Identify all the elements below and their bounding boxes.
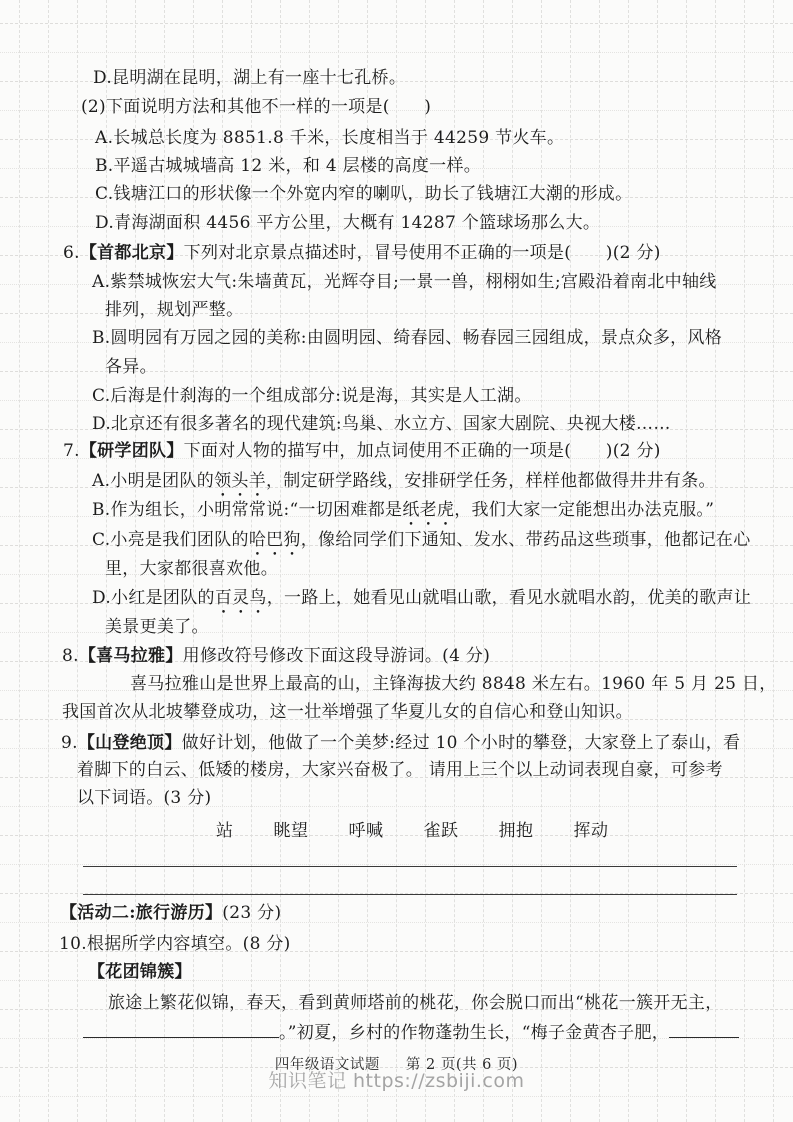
- text-segment: D.北京还有很多著名的现代建筑:鸟巢、水立方、国家大剧院、央视大楼……: [92, 414, 671, 434]
- text-line: B.平遥古城城墙高 12 米，和 4 层楼的高度一样。: [95, 156, 481, 177]
- section-tag: 【花团锦簇】: [88, 962, 192, 982]
- text-line: 7.【研学团队】下面对人物的描写中，加点词使用不正确的一项是( )(2 分): [63, 441, 661, 462]
- text-line: D.昆明湖在昆明，湖上有一座十七孔桥。: [93, 68, 406, 89]
- text-segment: D.昆明湖在昆明，湖上有一座十七孔桥。: [93, 68, 406, 88]
- text-line: D.小红是团队的百灵鸟，一路上，她看见山就唱山歌，看见水就唱水韵，优美的歌声让: [92, 588, 751, 618]
- text-line: 我国首次从北坡攀登成功，这一壮举增强了华夏儿女的自信心和登山知识。: [62, 702, 633, 723]
- text-segment: B.平遥古城城墙高 12 米，和 4 层楼的高度一样。: [95, 156, 481, 176]
- text-segment: 我国首次从北坡攀登成功，这一壮举增强了华夏儿女的自信心和登山知识。: [62, 702, 633, 722]
- grid-line-horizontal: [0, 1096, 793, 1097]
- text-segment: D.青海湖面积 4456 平方公里，大概有 14287 个篮球场那么大。: [95, 213, 600, 233]
- text-line: 8.【喜马拉雅】用修改符号修改下面这段导游词。(4 分): [62, 646, 490, 667]
- section-tag: 【研学团队】: [80, 441, 184, 461]
- text-segment: 做好计划，他做了一个美梦:经过 10 个小时的攀登，大家登上了泰山，看: [182, 733, 741, 753]
- word-bank-item: 站: [216, 816, 234, 841]
- text-segment: 各异。: [105, 357, 157, 377]
- text-line: 旅途上繁花似锦，春天，看到黄师塔前的桃花，你会脱口而出“桃花一簇开无主，: [108, 993, 723, 1014]
- site-watermark: 知识笔记 https://zsbiji.com: [0, 1066, 793, 1093]
- text-line: D.北京还有很多著名的现代建筑:鸟巢、水立方、国家大剧院、央视大楼……: [92, 414, 671, 435]
- text-segment: 9.: [61, 733, 78, 753]
- text-line: 6.【首都北京】下列对北京景点描述时，冒号使用不正确的一项是( )(2 分): [63, 243, 661, 264]
- text-line: C.钱塘江口的形状像一个外宽内窄的喇叭，助长了钱塘江大潮的形成。: [95, 184, 632, 205]
- text-segment: C.后海是什刹海的一个组成部分:说是海，其实是人工湖。: [92, 386, 532, 406]
- answer-blank: [83, 1021, 279, 1038]
- text-segment: C.钱塘江口的形状像一个外宽内窄的喇叭，助长了钱塘江大潮的形成。: [95, 184, 632, 204]
- text-line: 排列，规划严整。: [105, 300, 243, 321]
- text-segment: C.小亮是我们团队的: [92, 530, 249, 550]
- text-segment: 下面对人物的描写中，加点词使用不正确的一项是( )(2 分): [184, 441, 661, 461]
- answer-blank: [669, 1021, 739, 1038]
- text-segment: 旅途上繁花似锦，春天，看到黄师塔前的桃花，你会脱口而出“桃花一簇开无主，: [108, 993, 723, 1013]
- text-segment: ，制定研学路线，安排研学任务，样样他都做得井井有条。: [266, 471, 716, 491]
- text-segment: A.紫禁城恢宏大气:朱墙黄瓦，光辉夺目;一景一兽，栩栩如生;宫殿沿着南北中轴线: [92, 272, 717, 292]
- word-bank-item: 雀跃: [424, 816, 459, 841]
- grid-line-horizontal: [0, 52, 793, 53]
- section-tag: 【山登绝顶】: [78, 733, 182, 753]
- text-line: 喜马拉雅山是世界上最高的山，主锋海拔大约 8848 米左右。1960 年 5 月…: [130, 674, 777, 695]
- text-line: 各异。: [105, 357, 157, 378]
- text-line: 【花团锦簇】: [88, 962, 192, 983]
- text-line: A.小明是团队的领头羊，制定研学路线，安排研学任务，样样他都做得井井有条。: [92, 471, 716, 501]
- section-tag: 【活动二:旅行游历】: [60, 903, 222, 923]
- text-line: (2)下面说明方法和其他不一样的一项是( ): [81, 97, 431, 118]
- answer-line: [83, 866, 737, 867]
- text-segment: 。”初夏，乡村的作物蓬勃生长，“梅子金黄杏子肥，: [279, 1023, 669, 1043]
- section-tag: 【喜马拉雅】: [79, 646, 183, 666]
- text-line: A.长城总长度为 8851.8 千米，长度相当于 44259 节火车。: [95, 128, 564, 149]
- word-bank-item: 呼喊: [349, 816, 384, 841]
- text-line: A.紫禁城恢宏大气:朱墙黄瓦，光辉夺目;一景一兽，栩栩如生;宫殿沿着南北中轴线: [92, 272, 717, 293]
- text-segment: 美景更美了。: [105, 617, 209, 637]
- text-segment: B.作为组长，小明常常说:“一切困难都是: [92, 500, 402, 520]
- text-line: 着脚下的白云、低矮的楼房，大家兴奋极了。 请用上三个以上动词表现自豪，可参考: [77, 760, 723, 781]
- emphasized-word: 纸老虎: [402, 500, 454, 520]
- text-line: 美景更美了。: [105, 617, 209, 638]
- grid-line-horizontal: [0, 864, 793, 865]
- exam-page: D.昆明湖在昆明，湖上有一座十七孔桥。(2)下面说明方法和其他不一样的一项是( …: [0, 0, 793, 1122]
- text-segment: (2)下面说明方法和其他不一样的一项是( ): [81, 97, 431, 117]
- word-bank-item: 眺望: [274, 816, 309, 841]
- word-bank-item: 挥动: [574, 816, 609, 841]
- text-segment: 着脚下的白云、低矮的楼房，大家兴奋极了。 请用上三个以上动词表现自豪，可参考: [77, 760, 723, 780]
- text-segment: A.长城总长度为 8851.8 千米，长度相当于 44259 节火车。: [95, 128, 564, 148]
- text-segment: 7.: [63, 441, 80, 461]
- text-segment: 排列，规划严整。: [105, 300, 243, 320]
- text-line: C.后海是什刹海的一个组成部分:说是海，其实是人工湖。: [92, 386, 532, 407]
- text-segment: 用修改符号修改下面这段导游词。(4 分): [183, 646, 490, 666]
- section-tag: 【首都北京】: [80, 243, 184, 263]
- text-line: 。”初夏，乡村的作物蓬勃生长，“梅子金黄杏子肥，: [83, 1021, 739, 1044]
- text-segment: 下列对北京景点描述时，冒号使用不正确的一项是( )(2 分): [184, 243, 661, 263]
- word-bank-item: 拥抱: [499, 816, 534, 841]
- text-line: 10.根据所学内容填空。(8 分): [59, 934, 291, 955]
- text-line: D.青海湖面积 4456 平方公里，大概有 14287 个篮球场那么大。: [95, 213, 600, 234]
- text-segment: A.小明是团队的: [92, 471, 214, 491]
- text-segment: ，像给同学们下通知、发水、带药品这些琐事，他都记在心: [301, 530, 751, 550]
- emphasized-word: 哈巴狗: [249, 530, 301, 550]
- text-segment: B.圆明园有万园之园的美称:由圆明园、绮春园、畅春园三园组成，景点众多，风格: [92, 328, 722, 348]
- word-bank: 站眺望呼喊雀跃拥抱挥动: [216, 816, 609, 841]
- text-line: 里，大家都很喜欢他。: [105, 559, 278, 580]
- text-segment: 里，大家都很喜欢他。: [105, 559, 278, 579]
- text-segment: 以下词语。(3 分): [77, 788, 211, 808]
- grid-line-horizontal: [0, 23, 793, 24]
- emphasized-word: 领头羊: [214, 471, 266, 491]
- text-line: 9.【山登绝顶】做好计划，他做了一个美梦:经过 10 个小时的攀登，大家登上了泰…: [61, 733, 740, 754]
- text-line: 【活动二:旅行游历】(23 分): [60, 903, 281, 924]
- text-segment: 喜马拉雅山是世界上最高的山，主锋海拔大约 8848 米左右。1960 年 5 月…: [130, 674, 777, 694]
- text-segment: ，一路上，她看见山就唱山歌，看见水就唱水韵，优美的歌声让: [267, 588, 751, 608]
- text-segment: (23 分): [222, 903, 281, 923]
- text-segment: 10.根据所学内容填空。(8 分): [59, 934, 291, 954]
- emphasized-word: 百灵鸟: [215, 588, 267, 608]
- text-line: B.圆明园有万园之园的美称:由圆明园、绮春园、畅春园三园组成，景点众多，风格: [92, 328, 722, 349]
- text-line: 以下词语。(3 分): [77, 788, 211, 809]
- text-segment: 8.: [62, 646, 79, 666]
- text-line: B.作为组长，小明常常说:“一切困难都是纸老虎，我们大家一定能想出办法克服。”: [92, 500, 714, 530]
- text-segment: D.小红是团队的: [92, 588, 215, 608]
- text-segment: ，我们大家一定能想出办法克服。”: [454, 500, 714, 520]
- text-segment: 6.: [63, 243, 80, 263]
- text-line: C.小亮是我们团队的哈巴狗，像给同学们下通知、发水、带药品这些琐事，他都记在心: [92, 530, 751, 560]
- answer-line: [83, 894, 737, 895]
